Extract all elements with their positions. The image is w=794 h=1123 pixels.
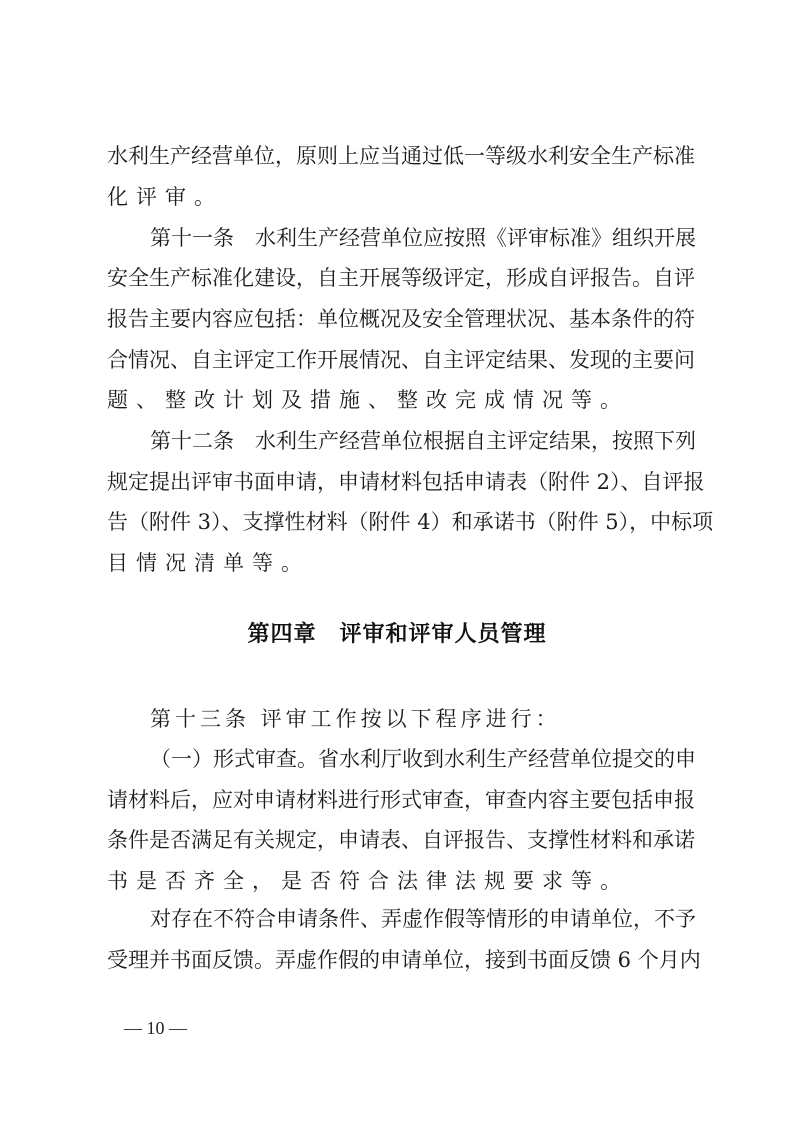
body-text-line: 规定提出评审书面申请，申请材料包括申请表（附件 2）、自评报 (107, 467, 692, 497)
body-text-line: 化评审。 (107, 182, 692, 212)
body-text-line: 水利生产经营单位，原则上应当通过低一等级水利安全生产标准 (107, 141, 692, 171)
chapter-heading: 第四章 评审和评审人员管理 (0, 618, 794, 652)
body-text-line: 书是否齐全，是否符合法律法规要求等。 (107, 866, 692, 896)
body-text-line: 合情况、自主评定工作开展情况、自主评定结果、发现的主要问 (107, 345, 692, 375)
article-11-first-line: 第十一条 水利生产经营单位应按照《评审标准》组织开展 (150, 223, 692, 253)
body-text-line: 题、整改计划及措施、整改完成情况等。 (107, 385, 692, 415)
body-text-line: 目情况清单等。 (107, 548, 692, 578)
body-text-line: 安全生产标准化建设，自主开展等级评定，形成自评报告。自评 (107, 263, 692, 293)
body-text-line: 报告主要内容应包括：单位概况及安全管理状况、基本条件的符 (107, 304, 692, 334)
body-text-line: 请材料后，应对申请材料进行形式审查，审查内容主要包括申报 (107, 785, 692, 815)
body-text-line: 条件是否满足有关规定，申请表、自评报告、支撑性材料和承诺 (107, 825, 692, 855)
body-text-line: 告（附件 3）、支撑性材料（附件 4）和承诺书（附件 5），中标项 (107, 507, 692, 537)
article-12-first-line: 第十二条 水利生产经营单位根据自主评定结果，按照下列 (150, 426, 692, 456)
page-number: — 10 — (124, 1016, 187, 1040)
body-text-line: 对存在不符合申请条件、弄虚作假等情形的申请单位，不予 (150, 904, 692, 934)
body-text-line: 受理并书面反馈。弄虚作假的申请单位，接到书面反馈 6 个月内 (107, 945, 692, 975)
article-13-first-line: 第十三条 评审工作按以下程序进行： (150, 704, 692, 734)
document-page: 水利生产经营单位，原则上应当通过低一等级水利安全生产标准 化评审。 第十一条 水… (0, 0, 794, 1123)
list-item-1-first-line: （一）形式审查。省水利厅收到水利生产经营单位提交的申 (150, 744, 692, 774)
